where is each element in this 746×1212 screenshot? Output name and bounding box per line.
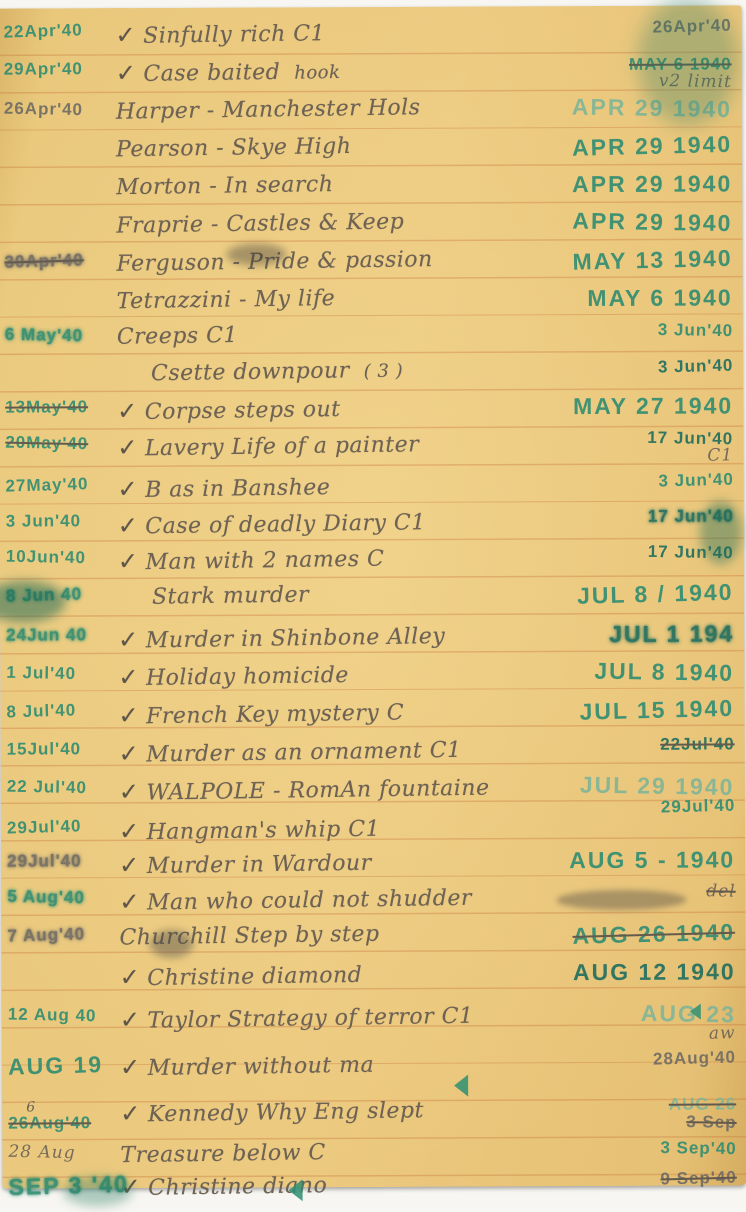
checkout-date-stamp: 3 Jun'40 bbox=[6, 512, 126, 531]
date-stamp: JUL 8 1940 bbox=[594, 659, 734, 685]
title-text: Man with 2 names C bbox=[145, 547, 384, 576]
date-stamp: 17 Jun'40 bbox=[648, 543, 734, 562]
book-title-handwriting: Fraprie - Castles & Keep bbox=[116, 209, 404, 238]
checkmark: ✓ bbox=[118, 663, 139, 691]
book-title-handwriting: ✓Christine diano bbox=[120, 1170, 327, 1201]
due-date-stamps: 9 Sep'40 bbox=[660, 1169, 736, 1187]
date-stamp: JUL 1 194 bbox=[609, 621, 734, 646]
checkmark: ✓ bbox=[119, 817, 140, 845]
checkout-date-stamp: 26Apr'40 bbox=[4, 100, 124, 119]
checkout-date-stamp: 30Apr'40 bbox=[4, 252, 124, 271]
checkout-date-stamp: AUG 19 bbox=[8, 1054, 128, 1078]
due-date-stamps: 3 Jun'40 bbox=[658, 357, 733, 375]
checkout-date-stamp: 24Jun 40 bbox=[6, 626, 126, 645]
date-stamp: APR 29 1940 bbox=[572, 94, 732, 121]
book-title-handwriting: ✓Murder in Shinbone Alley bbox=[118, 621, 445, 654]
ledger-row: 24Jun 40✓Murder in Shinbone AlleyJUL 1 1… bbox=[0, 621, 744, 662]
pencil-annotation: hook bbox=[294, 62, 340, 84]
date-stamp: APR 29 1940 bbox=[572, 171, 732, 196]
book-title-handwriting: ✓Case baitedhook bbox=[116, 56, 341, 87]
book-title-handwriting: Tetrazzini - My life bbox=[117, 286, 336, 314]
date-stamp: AUG 26 bbox=[669, 1095, 736, 1113]
title-text: French Key mystery C bbox=[146, 700, 404, 729]
ledger-row: 22 Jul'40✓WALPOLE - RomAn fountaineJUL 2… bbox=[1, 773, 745, 814]
checkout-date-stamp: 8 Jun 40 bbox=[6, 586, 126, 605]
checkout-date-stamp: 28 Aug bbox=[8, 1144, 128, 1162]
due-date-stamps: 22Jul'40 bbox=[660, 735, 735, 753]
due-date-stamps: AUG 12 1940 bbox=[573, 959, 736, 984]
ledger-row: 13May'40✓Corpse steps outMAY 27 1940 bbox=[0, 393, 743, 434]
ledger-row: 5 Aug'40✓Man who could not shudderdel bbox=[1, 883, 745, 924]
book-title-handwriting: Treasure below C bbox=[120, 1140, 326, 1168]
date-stamp: 3 Sep bbox=[686, 1113, 737, 1132]
book-title-handwriting: Pearson - Skye High bbox=[116, 134, 352, 162]
checkout-date-stamp: 626Aug'40 bbox=[8, 1100, 128, 1133]
checkmark: ✓ bbox=[119, 778, 140, 806]
scanned-library-card-page: { "document": { "kind": "handwritten lib… bbox=[0, 0, 746, 1212]
checkmark: ✓ bbox=[119, 851, 140, 879]
title-text: Kennedy Why Eng slept bbox=[148, 1098, 424, 1127]
date-stamp: 3 Sep'40 bbox=[660, 1139, 737, 1158]
title-text: WALPOLE - RomAn fountaine bbox=[146, 776, 489, 806]
due-date-stamps: MAY 6 1940v2 limit bbox=[629, 55, 732, 91]
title-text: Ferguson - Pride & passion bbox=[116, 247, 433, 277]
date-stamp: MAY 27 1940 bbox=[573, 393, 733, 418]
book-title-handwriting: Churchill Step by step bbox=[119, 922, 379, 951]
book-title-handwriting: ✓Corpse steps out bbox=[117, 394, 341, 425]
ledger-row: 12 Aug 40✓Taylor Strategy of terror C1AU… bbox=[2, 1001, 746, 1042]
book-title-handwriting: ✓Kennedy Why Eng slept bbox=[120, 1095, 424, 1128]
book-title-handwriting: ✓Hangman's whip C1 bbox=[119, 814, 380, 846]
checkmark: ✓ bbox=[120, 1173, 141, 1201]
ledger-row: 22Apr'40✓Sinfully rich C126Apr'40 bbox=[0, 17, 742, 58]
due-date-stamps: APR 29 1940 bbox=[572, 209, 732, 234]
checkmark: ✓ bbox=[117, 475, 138, 503]
due-date-stamps: APR 29 1940 bbox=[572, 133, 732, 158]
checkout-date-stamp: 5 Aug'40 bbox=[7, 888, 127, 907]
title-text: Murder without ma bbox=[148, 1053, 375, 1081]
date-stamp: 17 Jun'40 bbox=[648, 507, 734, 525]
title-text: Case of deadly Diary C1 bbox=[145, 510, 426, 539]
checkout-date-stamp: 7 Aug'40 bbox=[7, 926, 127, 945]
due-date-stamps: AUG 23aw bbox=[641, 1001, 736, 1043]
book-title-handwriting: ✓Murder as an ornament C1 bbox=[118, 735, 461, 768]
checkmark: ✓ bbox=[117, 511, 138, 539]
ledger-row: 8 Jul'40✓French Key mystery CJUL 15 1940 bbox=[0, 697, 744, 738]
checkout-date-stamp: 13May'40 bbox=[5, 398, 125, 417]
book-title-handwriting: Creeps C1 bbox=[117, 323, 238, 350]
book-title-handwriting: ✓Murder in Wardour bbox=[119, 848, 372, 880]
ledger-row: Pearson - Skye HighAPR 29 1940 bbox=[0, 133, 742, 174]
date-stamp: 28Aug'40 bbox=[653, 1049, 736, 1069]
book-title-handwriting: ✓Man who could not shudder bbox=[119, 883, 472, 916]
checkmark: ✓ bbox=[115, 21, 136, 49]
due-date-stamps: 17 Jun'40 bbox=[648, 507, 734, 525]
checkout-date-stamp: 29Apr'40 bbox=[4, 60, 124, 79]
ledger-row: ✓Christine diamondAUG 12 1940 bbox=[2, 959, 746, 1000]
date-stamp: C1 bbox=[707, 447, 733, 465]
checkout-date-stamp: 6 May'40 bbox=[5, 326, 125, 345]
checkout-date-stamp: 22 Jul'40 bbox=[7, 778, 127, 797]
checkmark: ✓ bbox=[118, 740, 139, 768]
ledger-row: 1 Jul'40✓Holiday homicideJUL 8 1940 bbox=[0, 659, 744, 700]
title-text: Hangman's whip C1 bbox=[146, 817, 380, 845]
book-title-handwriting: Ferguson - Pride & passion bbox=[116, 247, 433, 277]
checkmark: ✓ bbox=[120, 1099, 141, 1127]
ledger-row: 10Jun'40✓Man with 2 names C17 Jun'40 bbox=[0, 543, 744, 584]
date-stamp: del bbox=[706, 883, 736, 901]
book-title-handwriting: ✓Sinfully rich C1 bbox=[115, 18, 325, 49]
ledger-row: 8 Jun 40Stark murderJUL 8 / 1940 bbox=[0, 581, 744, 622]
ledger-row: 26Apr'40Harper - Manchester HolsAPR 29 1… bbox=[0, 95, 742, 136]
ledger-row: 29Jul'40✓Murder in WardourAUG 5 - 1940 bbox=[1, 847, 745, 888]
due-date-stamps: JUL 8 / 1940 bbox=[577, 581, 734, 606]
due-date-stamps: JUL 1 194 bbox=[609, 621, 734, 646]
title-text: Sinfully rich C1 bbox=[143, 21, 325, 49]
due-date-stamps: APR 29 1940 bbox=[572, 95, 732, 120]
book-title-handwriting: ✓Murder without ma bbox=[120, 1050, 374, 1082]
checkout-date-stamp: 1 Jul'40 bbox=[6, 664, 126, 683]
title-text: Pearson - Skye High bbox=[116, 134, 352, 162]
rows: 22Apr'40✓Sinfully rich C126Apr'4029Apr'4… bbox=[0, 5, 746, 1188]
due-date-stamps: 17 Jun'40C1 bbox=[647, 429, 733, 465]
book-title-handwriting: Harper - Manchester Hols bbox=[116, 95, 421, 125]
title-text: Stark murder bbox=[152, 582, 309, 609]
book-title-handwriting: ✓Taylor Strategy of terror C1 bbox=[120, 1001, 474, 1034]
due-date-stamps: 3 Jun'40 bbox=[657, 321, 732, 339]
book-title-handwriting: Stark murder bbox=[152, 582, 309, 609]
pencil-annotation: ( 3 ) bbox=[364, 361, 404, 383]
ledger-row: 15Jul'40✓Murder as an ornament C122Jul'4… bbox=[1, 735, 745, 776]
checkmark: ✓ bbox=[117, 433, 138, 461]
due-date-stamps: 3 Sep'40 bbox=[660, 1139, 736, 1157]
checkout-date-stamp: SEP 3 '40 bbox=[9, 1174, 129, 1198]
ledger-card: 22Apr'40✓Sinfully rich C126Apr'4029Apr'4… bbox=[0, 5, 746, 1188]
book-title-handwriting: ✓Lavery Life of a painter bbox=[117, 429, 419, 461]
checkmark: ✓ bbox=[118, 626, 139, 654]
book-title-handwriting: ✓French Key mystery C bbox=[118, 697, 404, 729]
book-title-handwriting: ✓WALPOLE - RomAn fountaine bbox=[119, 773, 490, 806]
checkmark: ✓ bbox=[120, 1006, 141, 1034]
date-stamp: JUL 8 / 1940 bbox=[577, 580, 734, 608]
date-stamp: JUL 15 1940 bbox=[580, 696, 735, 724]
date-stamp: aw bbox=[709, 1025, 736, 1044]
date-stamp: 3 Jun'40 bbox=[657, 357, 733, 377]
due-date-stamps: MAY 6 1940 bbox=[587, 285, 732, 310]
book-title-handwriting: ✓Holiday homicide bbox=[118, 660, 349, 691]
checkout-date-stamp: 29Jul'40 bbox=[7, 852, 127, 871]
due-date-stamps: JUL 8 1940 bbox=[594, 659, 734, 684]
book-title-handwriting: ✓Case of deadly Diary C1 bbox=[117, 507, 425, 540]
title-text: Treasure below C bbox=[120, 1140, 326, 1168]
due-date-stamps: JUL 15 1940 bbox=[580, 697, 735, 722]
title-text: Harper - Manchester Hols bbox=[116, 95, 421, 125]
due-date-stamps: del bbox=[706, 883, 735, 901]
book-title-handwriting: ✓Man with 2 names C bbox=[118, 544, 385, 576]
checkmark: ✓ bbox=[117, 397, 138, 425]
due-date-stamps: 28Aug'40 bbox=[653, 1049, 736, 1067]
due-date-stamps: APR 29 1940 bbox=[572, 171, 732, 196]
checkout-date-stamp: 22Apr'40 bbox=[3, 22, 123, 41]
checkout-date-stamp: 15Jul'40 bbox=[7, 740, 127, 759]
checkmark: ✓ bbox=[119, 963, 140, 991]
due-date-stamps: 26Apr'40 bbox=[652, 17, 731, 35]
checkout-date-stamp: 10Jun'40 bbox=[6, 548, 126, 567]
date-stamp: 22Jul'40 bbox=[660, 735, 735, 753]
ledger-row: Morton - In searchAPR 29 1940 bbox=[0, 171, 742, 212]
title-text: Tetrazzini - My life bbox=[117, 286, 336, 314]
ledger-row: AUG 19✓Murder without ma28Aug'40 bbox=[2, 1049, 746, 1090]
title-text: Murder as an ornament C1 bbox=[146, 738, 462, 768]
ledger-row: 20May'40✓Lavery Life of a painter17 Jun'… bbox=[0, 429, 743, 470]
title-text: Taylor Strategy of terror C1 bbox=[147, 1004, 473, 1034]
title-text: B as in Banshee bbox=[145, 475, 331, 503]
title-text: Corpse steps out bbox=[145, 397, 341, 425]
title-text: Lavery Life of a painter bbox=[145, 432, 420, 461]
date-stamp: APR 29 1940 bbox=[572, 132, 733, 160]
ledger-row: 7 Aug'40Churchill Step by stepAUG 26 194… bbox=[1, 921, 745, 962]
title-text: Man who could not shudder bbox=[147, 886, 472, 916]
checkout-date-stamp: 27May'40 bbox=[5, 476, 125, 495]
due-date-stamps: MAY 27 1940 bbox=[573, 393, 733, 418]
date-stamp: JUL 29 1940 bbox=[580, 772, 735, 799]
due-date-stamps: 17 Jun'40 bbox=[648, 543, 734, 561]
date-stamp: 9 Sep'40 bbox=[660, 1169, 737, 1189]
date-stamp: v2 limit bbox=[659, 73, 732, 92]
date-stamp: APR 29 1940 bbox=[572, 208, 732, 235]
checkmark: ✓ bbox=[118, 547, 139, 575]
date-stamp: AUG 26 1940 bbox=[573, 920, 736, 948]
date-stamp: MAY 6 1940 bbox=[587, 285, 732, 310]
ledger-row: 626Aug'40✓Kennedy Why Eng sleptAUG 263 S… bbox=[2, 1095, 746, 1136]
checkout-date-stamp: 20May'40 bbox=[5, 434, 125, 453]
book-title-handwriting: ✓B as in Banshee bbox=[117, 472, 330, 503]
due-date-stamps: AUG 26 1940 bbox=[573, 921, 736, 946]
title-text: Christine diamond bbox=[147, 963, 362, 991]
date-stamp: 3 Jun'40 bbox=[657, 321, 733, 340]
title-text: Case baited bbox=[143, 60, 280, 87]
due-date-stamps: MAY 13 1940 bbox=[572, 247, 732, 272]
ledger-row: SEP 3 '40✓Christine diano9 Sep'40 bbox=[3, 1169, 746, 1210]
title-text: Creeps C1 bbox=[117, 323, 238, 350]
checkout-date-stamp: 12 Aug 40 bbox=[8, 1006, 128, 1025]
date-stamp: 3 Jun'40 bbox=[658, 471, 734, 491]
due-date-stamps: AUG 5 - 1940 bbox=[569, 847, 735, 872]
due-date-stamps: 3 Jun'40 bbox=[658, 471, 733, 489]
ledger-row: Tetrazzini - My lifeMAY 6 1940 bbox=[0, 285, 743, 326]
ledger-row: 29Apr'40✓Case baitedhookMAY 6 1940v2 lim… bbox=[0, 55, 742, 96]
date-stamp: 26Apr'40 bbox=[652, 17, 732, 37]
checkmark: ✓ bbox=[116, 59, 137, 87]
ledger-row: 3 Jun'40✓Case of deadly Diary C117 Jun'4… bbox=[0, 507, 744, 548]
date-stamp: AUG 12 1940 bbox=[573, 959, 736, 984]
book-title-handwriting: ✓Christine diamond bbox=[119, 960, 362, 992]
ledger-row: Fraprie - Castles & KeepAPR 29 1940 bbox=[0, 209, 742, 250]
checkmark: ✓ bbox=[120, 1053, 141, 1081]
checkmark: ✓ bbox=[119, 888, 140, 916]
title-text: Churchill Step by step bbox=[119, 922, 379, 951]
ledger-row: 27May'40✓B as in Banshee3 Jun'40 bbox=[0, 471, 744, 512]
date-stamp: MAY 13 1940 bbox=[572, 246, 733, 274]
date-stamp: AUG 5 - 1940 bbox=[569, 847, 735, 872]
ledger-row: 30Apr'40Ferguson - Pride & passionMAY 13… bbox=[0, 247, 743, 288]
ledger-row: 6 May'40Creeps C13 Jun'40 bbox=[0, 321, 743, 362]
checkout-date-stamp: 29Jul'40 bbox=[7, 818, 127, 837]
title-text: Holiday homicide bbox=[146, 663, 349, 691]
title-text: Murder in Wardour bbox=[147, 851, 372, 879]
book-title-handwriting: Csette downpour( 3 ) bbox=[151, 358, 403, 387]
due-date-stamps: JUL 29 194029Jul'40 bbox=[580, 773, 735, 816]
title-text: Fraprie - Castles & Keep bbox=[116, 209, 404, 238]
checkmark: ✓ bbox=[118, 701, 139, 729]
title-text: Csette downpour bbox=[151, 358, 350, 386]
title-text: Morton - In search bbox=[116, 172, 334, 200]
due-date-stamps: AUG 263 Sep bbox=[669, 1095, 737, 1131]
checkout-date-stamp: 8 Jul'40 bbox=[6, 702, 126, 721]
book-title-handwriting: Morton - In search bbox=[116, 172, 334, 200]
title-text: Murder in Shinbone Alley bbox=[146, 624, 446, 653]
title-text: Christine diano bbox=[148, 1173, 327, 1201]
